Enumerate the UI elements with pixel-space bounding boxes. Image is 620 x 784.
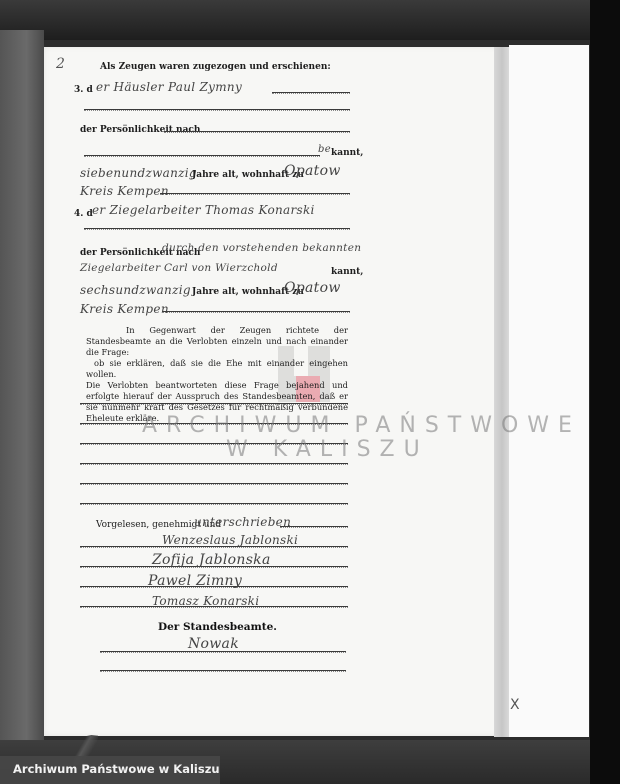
fill-line [80, 483, 348, 485]
paragraph-line: In Gegenwart der Zeugen richtete der Sta… [86, 325, 348, 358]
fill-line [280, 526, 348, 528]
signature-1: Wenzeslaus Jablonski [162, 533, 298, 547]
fill-line [164, 131, 350, 133]
scan-background-left [0, 30, 44, 750]
witness3-name: er Häusler Paul Zymny [96, 80, 242, 94]
registrar-label: Der Standesbeamte. [158, 621, 277, 633]
fill-line [80, 503, 348, 505]
witness3-district: Kreis Kempen [80, 184, 169, 198]
signature-4: Tomasz Konarski [152, 594, 259, 608]
book-gutter [494, 47, 510, 737]
fill-line [100, 651, 346, 653]
fill-line [84, 155, 320, 157]
fill-line [84, 228, 350, 230]
paragraph-line: ob sie erklären, daß sie die Ehe mit ein… [86, 358, 348, 380]
witness4-number: 4. d [74, 209, 93, 219]
witness3-known-label: kannt, [331, 148, 363, 158]
witness4-known-label: kannt, [331, 267, 363, 277]
fill-line [160, 193, 350, 195]
witness-heading: Als Zeugen waren zugezogen und erschiene… [100, 62, 331, 72]
watermark-line2: W KALISZU [226, 437, 429, 462]
fill-line [80, 463, 348, 465]
page-number-mark: 2 [56, 56, 65, 72]
signature-2: Zofija Jablonska [152, 552, 271, 568]
witness4-residence: Opatow [284, 280, 341, 296]
witness3-number: 3. d [74, 85, 93, 95]
ceremony-paragraph: In Gegenwart der Zeugen richtete der Sta… [86, 325, 348, 424]
signature-3: Pawel Zimny [148, 573, 242, 589]
witness4-district: Kreis Kempen [80, 302, 169, 316]
document-page-right [509, 45, 589, 737]
witness4-identity-value: durch den vorstehenden bekannten [162, 242, 361, 254]
fill-line [80, 403, 348, 405]
scan-background-top [0, 0, 620, 40]
witness4-name: er Ziegelarbeiter Thomas Konarski [92, 203, 315, 217]
watermark-line1: ARCHIWUM PAŃSTWOWE [142, 413, 581, 438]
fill-line [272, 92, 350, 94]
margin-x-mark: X [510, 697, 520, 713]
scan-background-right [590, 0, 620, 784]
witness3-known-suffix: be [318, 144, 331, 155]
witness4-identity-value2: Ziegelarbeiter Carl von Wierzchold [80, 262, 278, 274]
fill-line [162, 311, 350, 313]
registrar-signature: Nowak [188, 636, 239, 652]
signoff-value: unterschrieben [194, 515, 291, 529]
witness4-age: sechsundzwanzig [80, 283, 191, 297]
witness3-age: siebenundzwanzig [80, 166, 197, 180]
witness3-residence: Opatow [284, 163, 341, 179]
fill-line [100, 670, 346, 672]
witness3-identity-label: der Persönlichkeit nach [80, 125, 200, 135]
fill-line [84, 109, 350, 111]
archive-footer-label: Archiwum Państwowe w Kaliszu [13, 762, 220, 776]
